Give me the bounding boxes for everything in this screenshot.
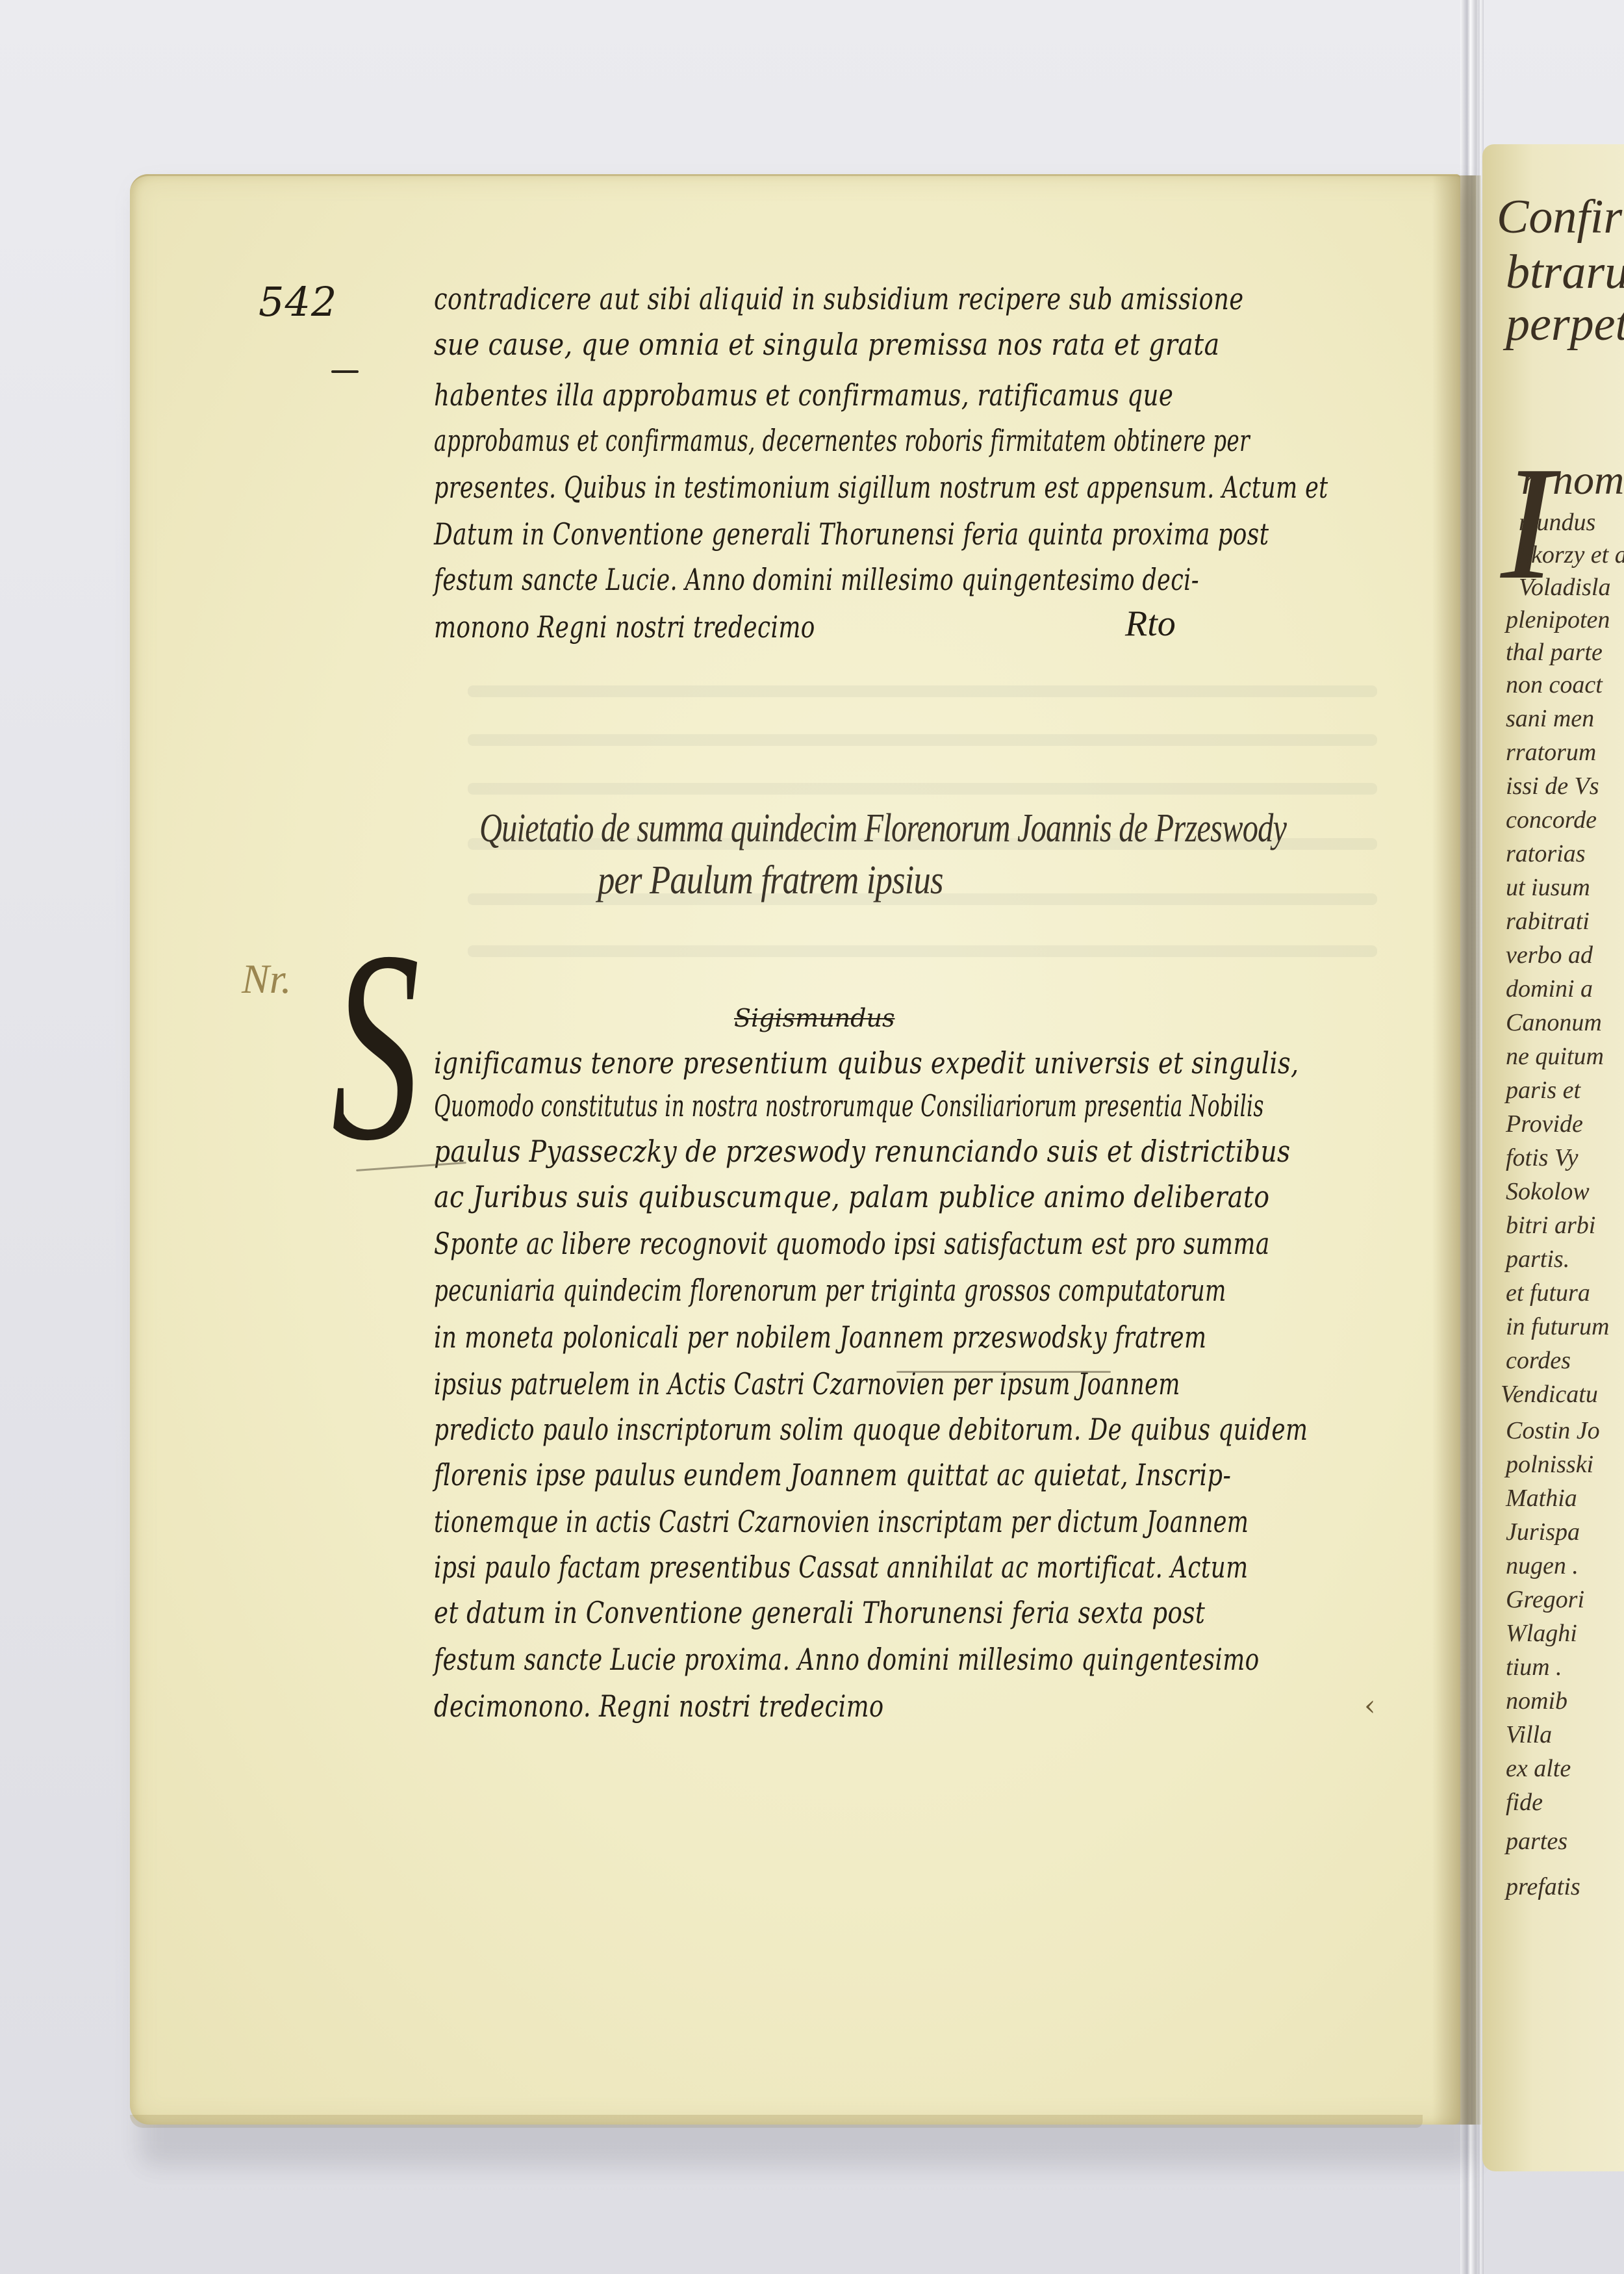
- right-line: et futura: [1506, 1279, 1590, 1307]
- lower-line-6: pecuniaria quindecim florenorum per trig…: [434, 1271, 1226, 1310]
- upper-line-7: festum sancte Lucie. Anno domini millesi…: [434, 560, 1199, 599]
- right-line: prefatis: [1506, 1872, 1580, 1901]
- right-line: Wlaghi: [1506, 1619, 1577, 1648]
- lower-line-2: Quomodo constitutus in nostra nostrorumq…: [434, 1086, 1264, 1125]
- upper-line-8: monono Regni nostri tredecimo: [434, 607, 815, 646]
- right-line: Jurispa: [1506, 1518, 1580, 1546]
- right-line: rratorum: [1506, 738, 1596, 767]
- lower-line-13: et datum in Conventione generali Thorune…: [434, 1593, 1205, 1632]
- book-gutter: [1432, 175, 1481, 2125]
- right-line: in futurum: [1506, 1312, 1609, 1341]
- lower-line-10: florenis ipse paulus eundem Joannem quit…: [434, 1455, 1231, 1494]
- lower-line-15: decimonono. Regni nostri tredecimo: [434, 1687, 884, 1726]
- lower-line-9: predicto paulo inscriptorum solim quoque…: [434, 1410, 1308, 1449]
- right-line: Vendicatu: [1501, 1380, 1598, 1409]
- right-line: Gregori: [1506, 1585, 1584, 1614]
- page-bottom-edge: [130, 2115, 1423, 2128]
- right-line: Voladisla: [1519, 573, 1610, 602]
- upper-line-3: habentes illa approbamus et confirmamus,…: [434, 376, 1173, 415]
- lower-line-11: tionemque in actis Castri Czarnovien ins…: [434, 1502, 1249, 1541]
- right-line: sani men: [1506, 704, 1594, 733]
- right-line: ratorias: [1506, 839, 1585, 868]
- upper-line-2: sue cause, que omnia et singula premissa…: [434, 325, 1220, 364]
- right-line: ex alte: [1506, 1754, 1571, 1783]
- underline-stroke: [896, 1371, 1111, 1373]
- right-line: fotis Vy: [1506, 1143, 1579, 1172]
- right-line: verbo ad: [1506, 941, 1593, 969]
- right-line: nugen .: [1506, 1552, 1579, 1580]
- upper-line-1: contradicere aut sibi aliquid in subsidi…: [434, 279, 1244, 318]
- lower-line-14: festum sancte Lucie proxima. Anno domini…: [434, 1640, 1260, 1679]
- right-line: n nom: [1521, 456, 1624, 504]
- upper-line-6: Datum in Conventione generali Thorunensi…: [434, 515, 1269, 554]
- right-line: partis.: [1506, 1245, 1569, 1273]
- right-line: ne quitum: [1506, 1042, 1604, 1071]
- right-manuscript-page: Confirma btrarum perpetu I n nom mundus …: [1482, 144, 1624, 2171]
- right-line: thal parte: [1506, 638, 1603, 667]
- right-line: Provide: [1506, 1110, 1583, 1138]
- right-line: nomib: [1506, 1687, 1567, 1715]
- upper-line-5: presentes. Quibus in testimonium sigillu…: [434, 468, 1328, 507]
- right-heading-line-2: btrarum: [1506, 245, 1624, 300]
- right-line: cordes: [1506, 1346, 1571, 1375]
- right-line: domini a: [1506, 975, 1593, 1003]
- right-line: mundus: [1519, 508, 1595, 537]
- right-line: Sokolow: [1506, 1177, 1590, 1206]
- right-line: ut iusum: [1506, 873, 1590, 902]
- right-line: Costin Jo: [1506, 1416, 1600, 1445]
- entry-heading-line-1: Quietatio de summa quindecim Florenorum …: [479, 806, 1286, 852]
- entry-heading-line-2: per Paulum fratrem ipsius: [598, 858, 943, 904]
- lower-line-5: Sponte ac libere recognovit quomodo ipsi…: [434, 1224, 1270, 1263]
- right-line: plenipoten: [1506, 606, 1610, 634]
- king-name-above-line: Sigismundus: [734, 1004, 894, 1032]
- right-heading-line-1: Confirma: [1497, 190, 1624, 245]
- right-line: Villa: [1506, 1720, 1552, 1749]
- lower-line-7: in moneta polonicali per nobilem Joannem…: [434, 1318, 1206, 1357]
- right-line: fide: [1506, 1788, 1543, 1817]
- right-line: non coact: [1506, 671, 1603, 699]
- ink-mark: ‹: [1364, 1689, 1376, 1722]
- right-line: Canonum: [1506, 1008, 1602, 1037]
- right-line: paris et: [1506, 1076, 1580, 1105]
- lower-line-4: ac Juribus suis quibuscumque, palam publ…: [434, 1177, 1269, 1216]
- right-line: tium .: [1506, 1653, 1562, 1681]
- scribe-signature: Rto: [1125, 603, 1176, 645]
- right-line: Mathia: [1506, 1484, 1577, 1513]
- right-line: concorde: [1506, 806, 1597, 834]
- lower-line-8: ipsius patruelem in Actis Castri Czarnov…: [434, 1364, 1180, 1403]
- lower-line-1: ignificamus tenore presentium quibus exp…: [434, 1043, 1299, 1082]
- lower-line-3: paulus Pyasseczky de przeswody renuncian…: [434, 1132, 1291, 1171]
- right-heading-line-3: perpetu: [1506, 297, 1624, 352]
- decorated-initial: S: [331, 910, 420, 1182]
- right-line: issi de Vs: [1506, 772, 1599, 800]
- right-line: partes: [1506, 1827, 1567, 1856]
- folio-number: 542: [259, 278, 337, 326]
- right-line: Skorzy et a: [1519, 541, 1624, 569]
- right-line: bitri arbi: [1506, 1211, 1595, 1240]
- lower-line-12: ipsi paulo factam presentibus Cassat ann…: [434, 1548, 1249, 1587]
- right-line: polnisski: [1506, 1450, 1593, 1479]
- upper-line-4: approbamus et confirmamus, decernentes r…: [434, 421, 1250, 460]
- right-line: rabitrati: [1506, 907, 1590, 936]
- margin-dash: [331, 370, 359, 373]
- margin-note: Nr.: [242, 955, 292, 1003]
